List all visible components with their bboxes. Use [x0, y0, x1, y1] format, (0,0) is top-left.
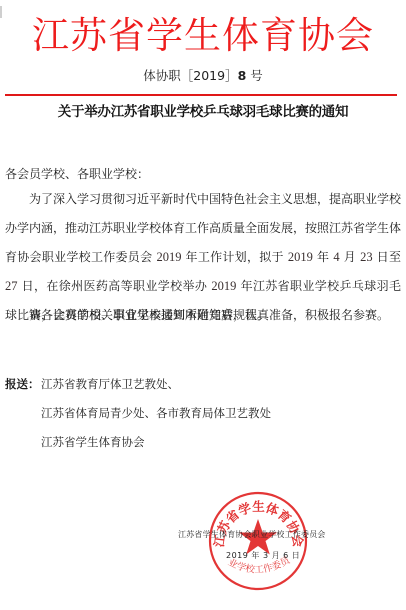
report-recipient: 江苏省教育厅体卫艺教处、	[41, 370, 401, 399]
report-to-section: 报送： 江苏省教育厅体卫艺教处、 江苏省体育局青少处、各市教育局体卫艺教处 江苏…	[5, 370, 401, 457]
notice-paragraph-2: 请各会员学校、职业学校接到本通知后，认真准备，积极报名参赛。	[5, 301, 401, 330]
issue-date: 2019 年 3 月 6 日	[226, 550, 346, 562]
plan-year: 2019	[156, 250, 181, 264]
report-recipient: 江苏省学生体育协会	[41, 428, 401, 457]
letterhead-divider	[5, 94, 397, 96]
document-number: 体协职［2019］8 号	[0, 68, 406, 84]
para1-text-b: 年工作计划，拟于	[181, 250, 287, 264]
report-to-label: 报送：	[5, 370, 41, 399]
para1-text-f: 日，在徐州医药高等职业学校举办	[18, 279, 212, 293]
report-row: 报送： 江苏省教育厅体卫艺教处、	[5, 370, 401, 399]
organization-letterhead: 江苏省学生体育协会	[0, 14, 406, 58]
report-row: 江苏省体育局青少处、各市教育局体卫艺教处	[5, 399, 401, 428]
event-end-day: 27	[5, 279, 18, 293]
doc-number-suffix: 号	[246, 68, 262, 83]
official-seal-icon: 江苏省学生体育协会 职业学校工作委员会	[207, 490, 309, 592]
issuer-signature: 江苏省学生体育协会职业学校工作委员会	[178, 529, 406, 541]
para1-text-e: 日至	[373, 250, 401, 264]
report-recipient: 江苏省体育局青少处、各市教育局体卫艺教处	[41, 399, 401, 428]
notice-title: 关于举办江苏省职业学校乒乓球羽毛球比赛的通知	[0, 102, 406, 122]
doc-number-prefix: 体协职［2019］	[143, 68, 237, 83]
competition-year: 2019	[211, 279, 236, 293]
event-year: 2019	[288, 250, 313, 264]
report-row: 江苏省学生体育协会	[5, 428, 401, 457]
doc-number-value: 8	[238, 68, 247, 83]
para1-text-d: 月	[340, 250, 360, 264]
event-start-day: 23	[360, 250, 373, 264]
para1-text-c: 年	[313, 250, 333, 264]
